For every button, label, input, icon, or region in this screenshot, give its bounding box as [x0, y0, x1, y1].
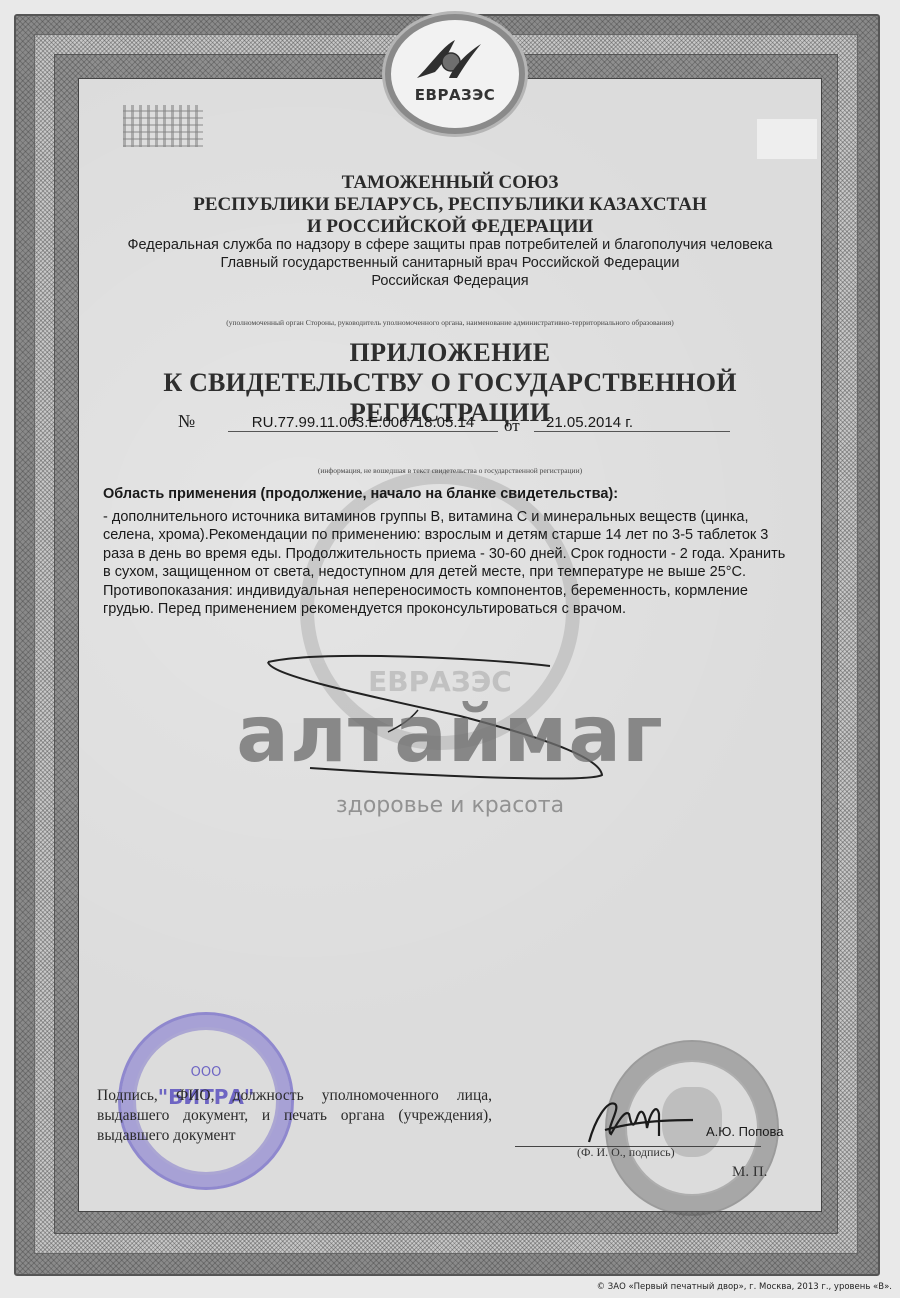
- watermark-tagline: здоровье и красота: [250, 793, 650, 818]
- emblem-label: ЕВРАЗЭС: [391, 86, 519, 104]
- fio-caption: (Ф. И. О., подпись): [577, 1145, 675, 1160]
- scope-section: Область применения (продолжение, начало …: [103, 485, 793, 619]
- blank-patch: [757, 119, 817, 159]
- signature-caption: Подпись, ФИО, должность уполномоченного …: [97, 1086, 492, 1146]
- stamp-org-type: ООО: [121, 1065, 291, 1080]
- scope-text: - дополнительного источника витаминов гр…: [103, 508, 793, 619]
- signer-name: А.Ю. Попова: [706, 1124, 783, 1139]
- eurasec-emblem: ЕВРАЗЭС: [385, 14, 525, 134]
- authority-line-2: Главный государственный санитарный врач …: [80, 254, 820, 272]
- authority-heading: Федеральная служба по надзору в сфере за…: [80, 236, 820, 290]
- registration-line: № RU.77.99.11.003.E.006718.05.14 от 21.0…: [150, 411, 730, 437]
- number-symbol: №: [178, 411, 195, 432]
- authority-line-3: Российская Федерация: [80, 272, 820, 290]
- from-label: от: [504, 416, 520, 436]
- seal-mark: М. П.: [732, 1164, 767, 1181]
- authority-line-1: Федеральная служба по надзору в сфере за…: [80, 236, 820, 254]
- eurasec-logo-icon: [413, 32, 485, 84]
- union-line-3: И РОССИЙСКОЙ ФЕДЕРАЦИИ: [80, 216, 820, 238]
- security-pattern-patch: [123, 105, 203, 147]
- registration-date: 21.05.2014 г.: [534, 414, 730, 432]
- printer-credit: © ЗАО «Первый печатный двор», г. Москва,…: [597, 1282, 892, 1292]
- union-line-2: РЕСПУБЛИКИ БЕЛАРУСЬ, РЕСПУБЛИКИ КАЗАХСТА…: [80, 194, 820, 216]
- document-title: ПРИЛОЖЕНИЕ: [80, 338, 820, 368]
- registration-caption: (информация, не вошедшая в текст свидете…: [80, 466, 820, 475]
- union-line-1: ТАМОЖЕННЫЙ СОЮЗ: [80, 172, 820, 194]
- handwritten-signature: [585, 1090, 695, 1150]
- authority-caption: (уполномоченный орган Стороны, руководит…: [80, 318, 820, 327]
- certificate-page: ЕВРАЗЭС ЕВРАЗЭС ТАМОЖЕННЫЙ СОЮЗ РЕСПУБЛИ…: [0, 0, 900, 1298]
- customs-union-heading: ТАМОЖЕННЫЙ СОЮЗ РЕСПУБЛИКИ БЕЛАРУСЬ, РЕС…: [80, 172, 820, 238]
- watermark-brand: алтаймаг: [210, 690, 690, 780]
- scope-heading: Область применения (продолжение, начало …: [103, 485, 793, 504]
- registration-number: RU.77.99.11.003.E.006718.05.14: [228, 414, 498, 432]
